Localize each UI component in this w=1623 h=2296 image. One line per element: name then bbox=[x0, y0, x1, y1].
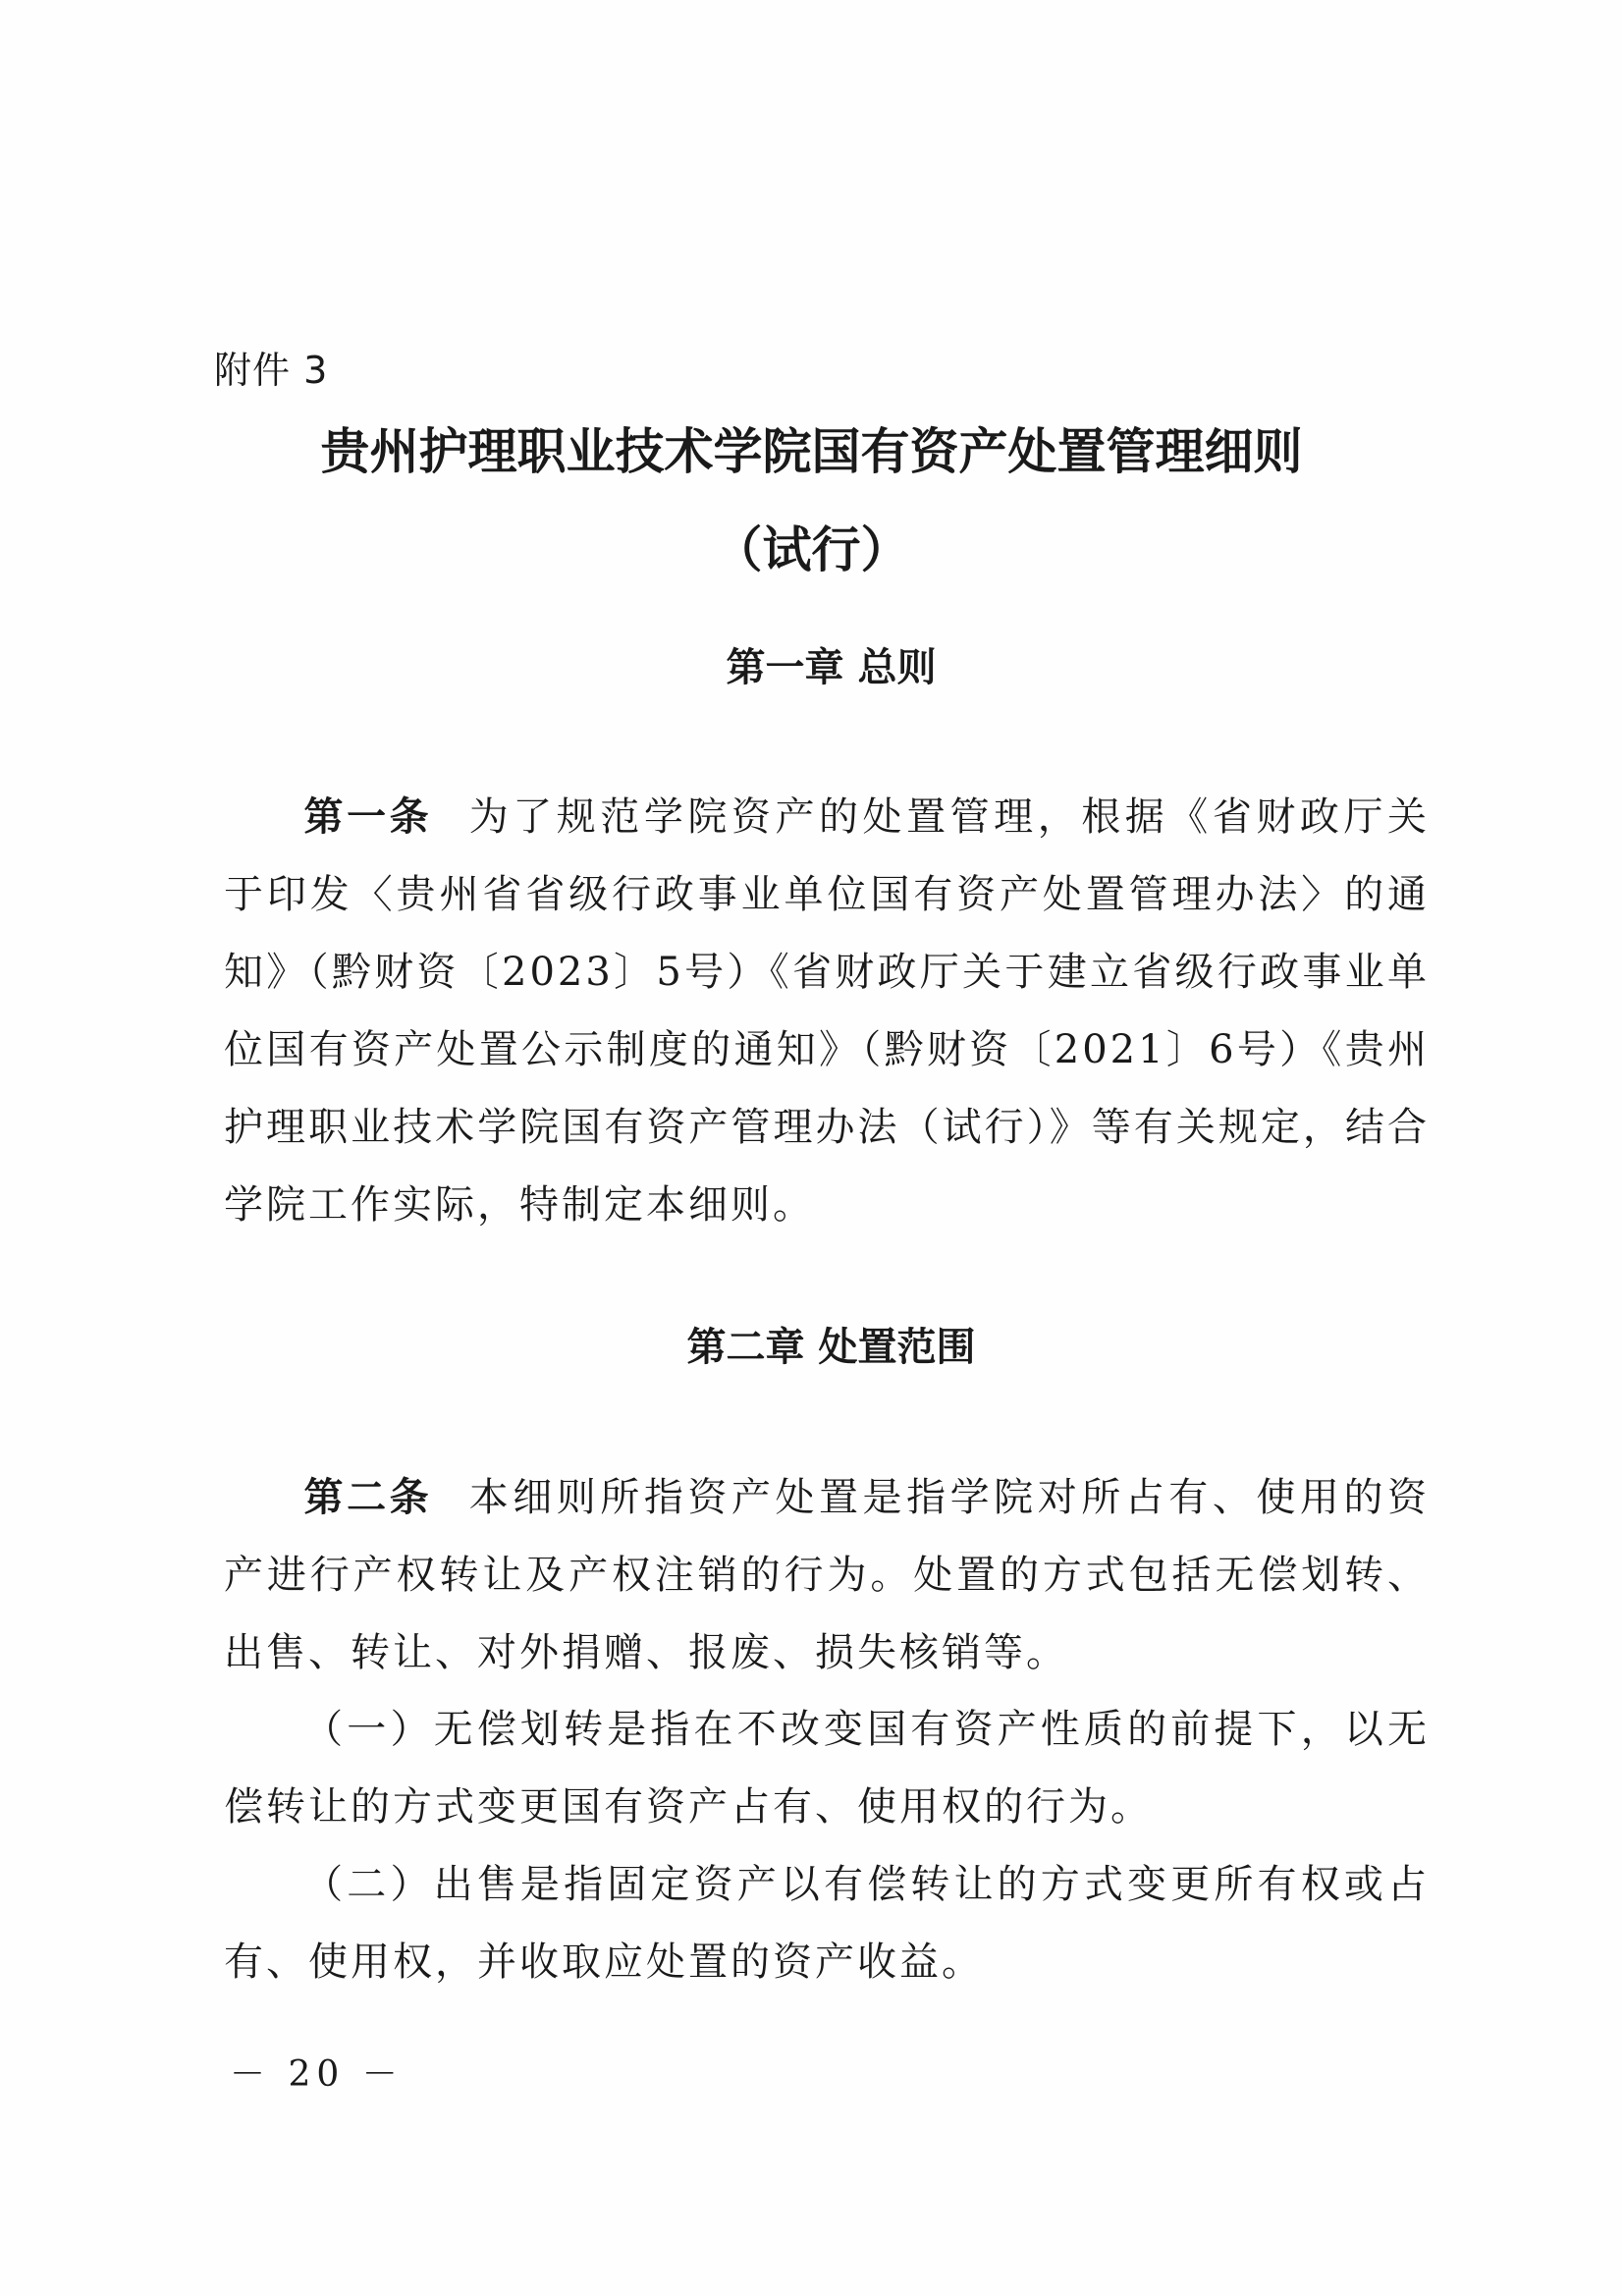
item-2: （二）出售是指固定资产以有偿转让的方式变更所有权或占有、使用权，并收取应处置的资… bbox=[224, 1846, 1430, 2001]
document-title: 贵州护理职业技术学院国有资产处置管理细则 bbox=[0, 412, 1623, 483]
page-number: － 20 － bbox=[230, 2047, 404, 2097]
chapter-heading-1: 第一章 总则 bbox=[0, 636, 1623, 692]
article-2-label: 第二条 bbox=[302, 1475, 432, 1520]
article-2: 第二条本细则所指资产处置是指学院对所占有、使用的资产进行产权转让及产权注销的行为… bbox=[224, 1459, 1430, 1692]
attachment-label: 附件 3 bbox=[214, 340, 328, 394]
document-subtitle: （试行） bbox=[0, 511, 1623, 581]
item-2-text: （二）出售是指固定资产以有偿转让的方式变更所有权或占有、使用权，并收取应处置的资… bbox=[224, 1862, 1430, 1985]
article-1-text: 为了规范学院资产的处置管理，根据《省财政厅关于印发〈贵州省省级行政事业单位国有资… bbox=[224, 794, 1430, 1228]
document-page: 附件 3 贵州护理职业技术学院国有资产处置管理细则 （试行） 第一章 总则 第一… bbox=[0, 0, 1623, 2296]
article-1: 第一条为了规范学院资产的处置管理，根据《省财政厅关于印发〈贵州省省级行政事业单位… bbox=[224, 779, 1430, 1244]
chapter-heading-2: 第二章 处置范围 bbox=[0, 1316, 1623, 1372]
item-1-text: （一）无偿划转是指在不改变国有资产性质的前提下，以无偿转让的方式变更国有资产占有… bbox=[224, 1707, 1430, 1830]
article-1-label: 第一条 bbox=[302, 794, 432, 840]
item-1: （一）无偿划转是指在不改变国有资产性质的前提下，以无偿转让的方式变更国有资产占有… bbox=[224, 1691, 1430, 1846]
